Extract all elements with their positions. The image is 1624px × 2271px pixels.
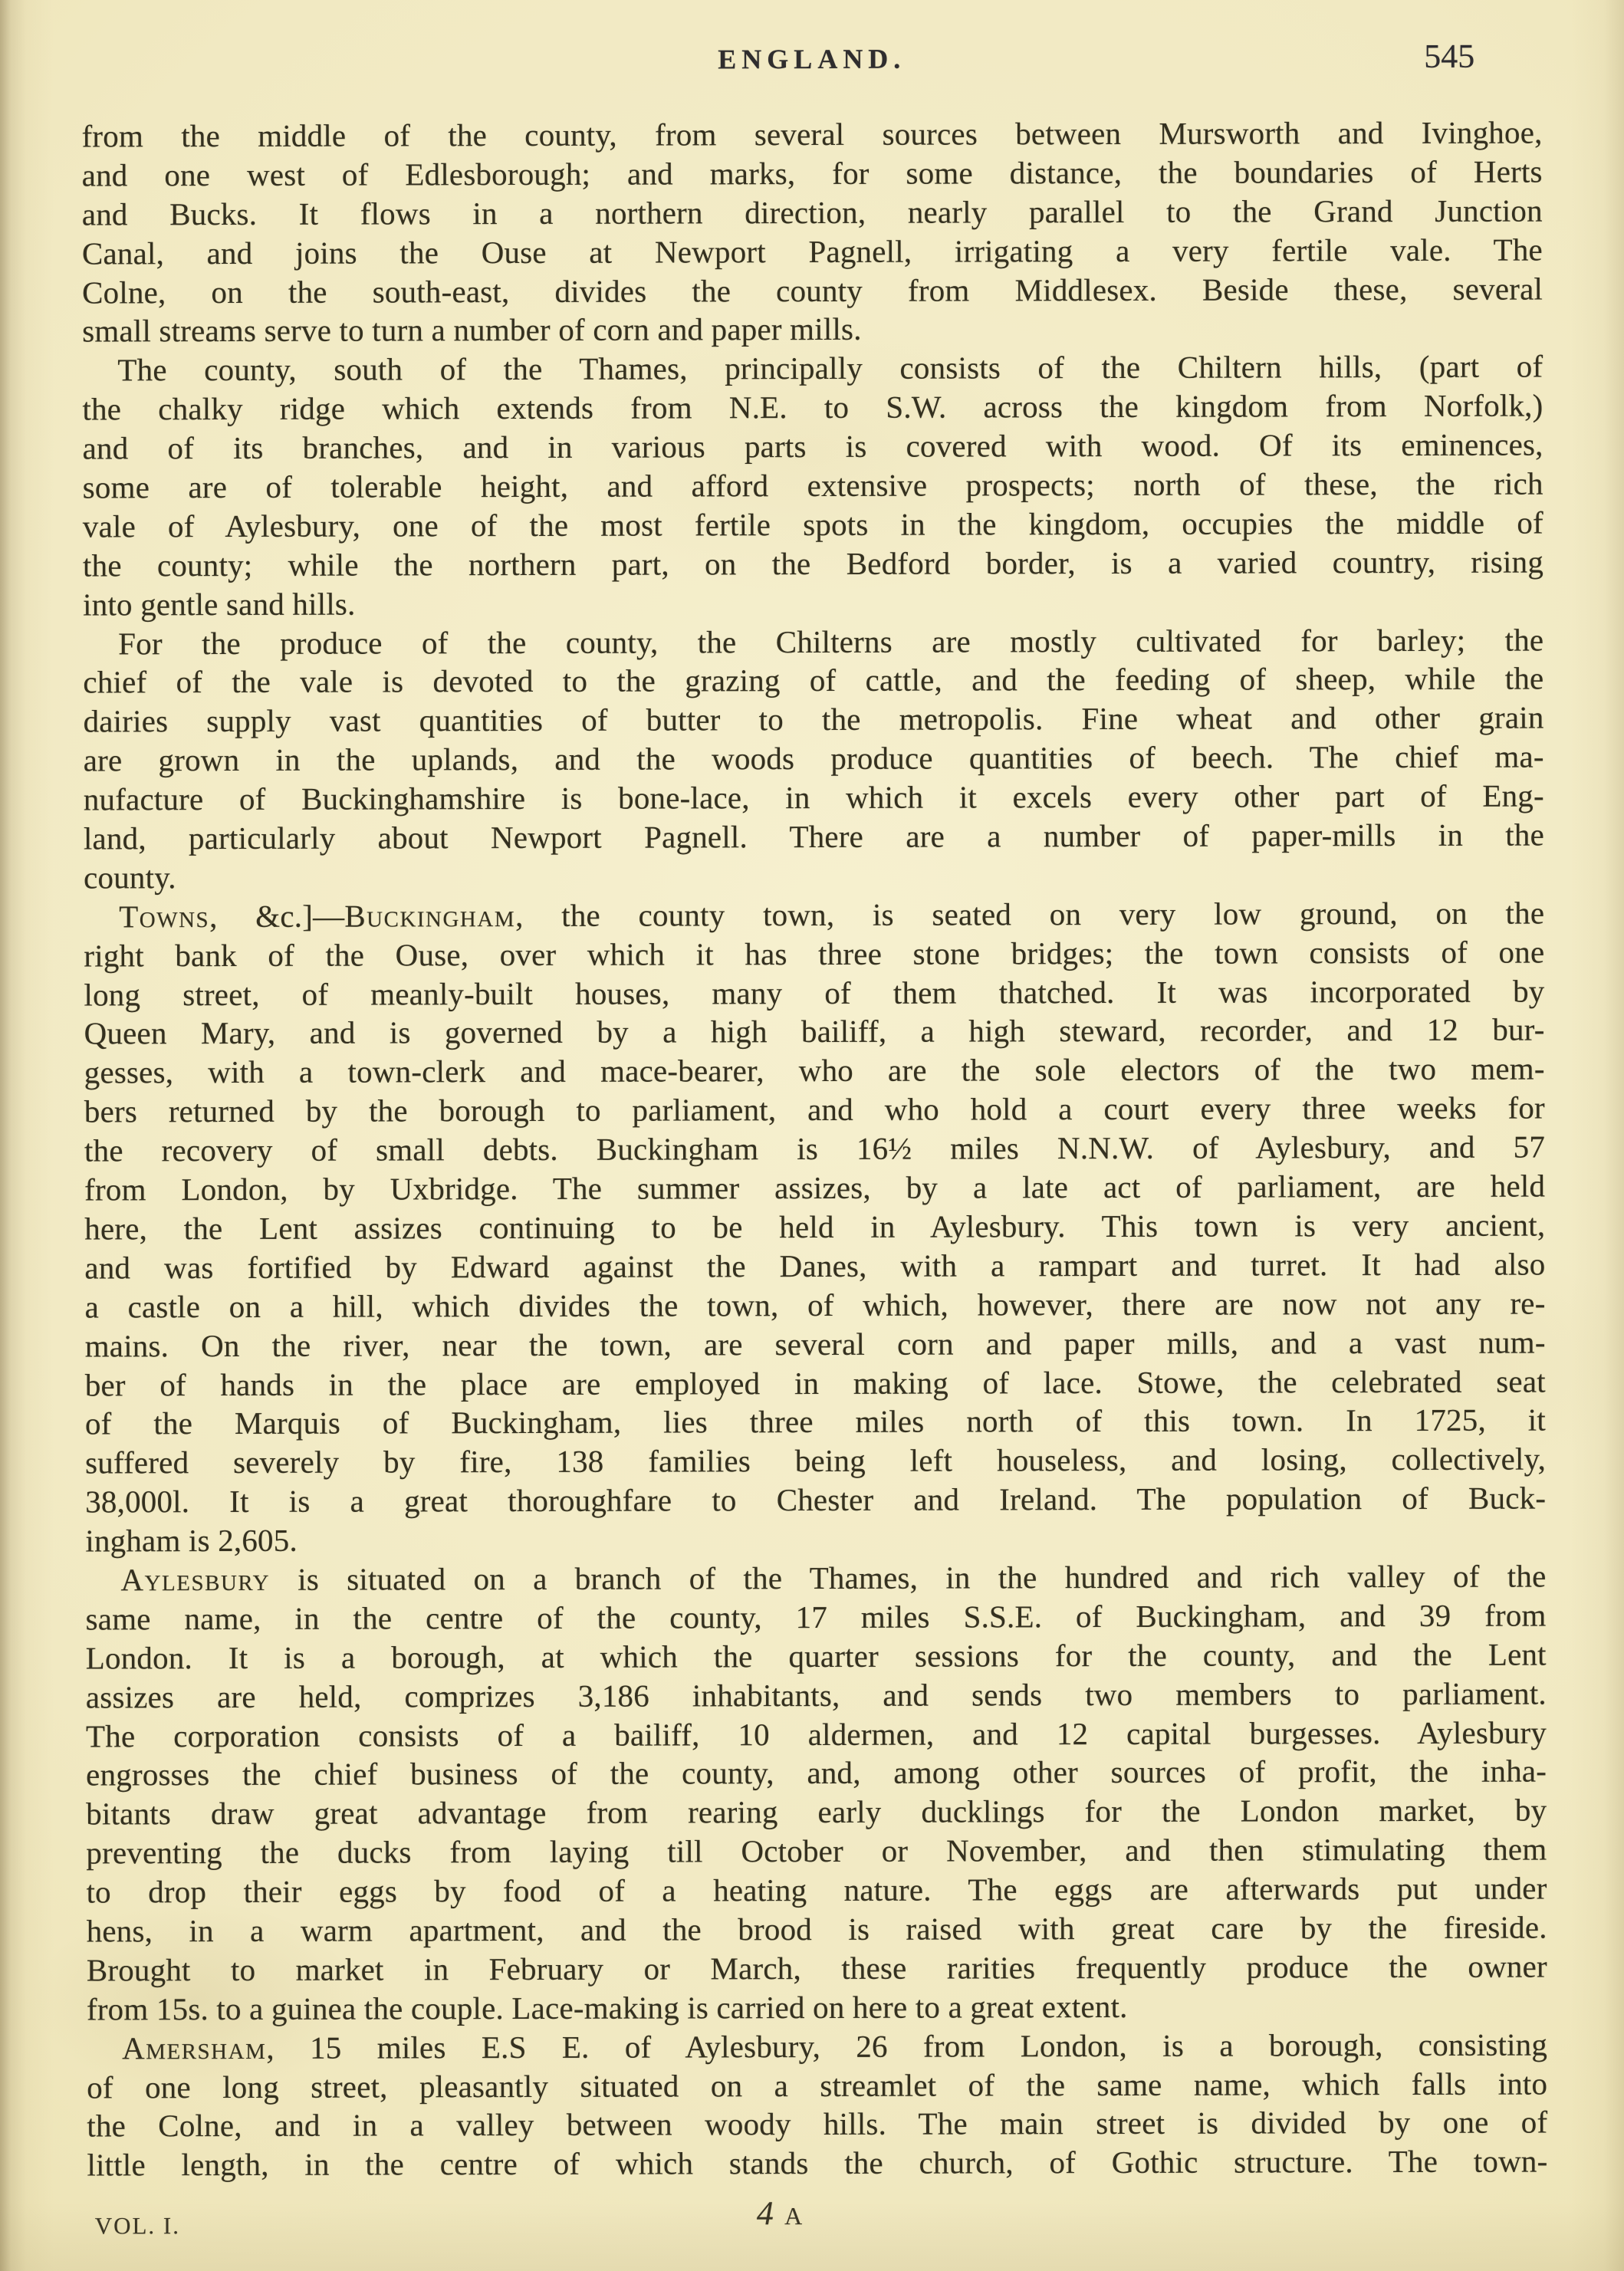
text-segment: nufacture of Buckinghamshire is bone-lac… <box>84 778 1544 817</box>
text-segment: some are of tolerable height, and afford… <box>83 466 1543 505</box>
text-line: of the Marquis of Buckingham, lies three… <box>85 1401 1546 1444</box>
text-line: bitants draw great advantage from rearin… <box>86 1791 1547 1834</box>
text-line: and of its branches, and in various part… <box>83 426 1543 468</box>
text-line: assizes are held, comprizes 3,186 inhabi… <box>86 1674 1547 1717</box>
text-line: some are of tolerable height, and afford… <box>83 465 1543 508</box>
text-line: Towns, &c.]—Buckingham, the county town,… <box>84 893 1544 936</box>
text-line: Amersham, 15 miles E.S E. of Aylesbury, … <box>87 2025 1547 2068</box>
text-line: are grown in the uplands, and the woods … <box>84 738 1544 781</box>
text-segment: chief of the vale is devoted to the graz… <box>83 661 1543 700</box>
text-segment: the county; while the northern part, on … <box>83 544 1543 583</box>
text-line: dairies supply vast quantities of butter… <box>83 698 1543 741</box>
text-segment: bers returned by the borough to parliame… <box>84 1090 1545 1129</box>
text-segment: and of its branches, and in various part… <box>83 427 1543 466</box>
text-line: The county, south of the Thames, princip… <box>82 347 1543 390</box>
page-footer: VOL. I. 4 A <box>87 2192 1548 2265</box>
text-line: Aylesbury is situated on a branch of the… <box>85 1556 1546 1599</box>
text-segment: hens, in a warm apartment, and the brood… <box>87 1909 1547 1948</box>
text-segment: bitants draw great advantage from rearin… <box>86 1793 1547 1832</box>
text-line: engrosses the chief business of the coun… <box>86 1752 1547 1795</box>
text-segment: Brought to market in February or March, … <box>87 1948 1547 1987</box>
smallcaps-name: Buckingham <box>344 898 515 934</box>
volume-label: VOL. I. <box>95 2212 180 2240</box>
text-segment: The corporation consists of a bailiff, 1… <box>86 1714 1547 1753</box>
text-segment: 38,000l. It is a great thoroughfare to C… <box>85 1481 1546 1520</box>
text-segment: here, the Lent assizes continuing to be … <box>84 1207 1545 1246</box>
paragraph-towns-buckingham: Towns, &c.]—Buckingham, the county town,… <box>84 893 1546 1560</box>
text-line: mains. On the river, near the town, are … <box>85 1323 1546 1366</box>
text-segment: gesses, with a town-clerk and mace-beare… <box>84 1051 1545 1090</box>
text-line: from London, by Uxbridge. The summer ass… <box>84 1167 1545 1210</box>
text-segment: small streams serve to turn a number of … <box>82 311 862 349</box>
smallcaps-name: Towns <box>119 899 209 934</box>
text-segment: long street, of meanly-built houses, man… <box>84 973 1544 1012</box>
text-line: the Colne, and in a valley between woody… <box>87 2103 1547 2146</box>
text-line: same name, in the centre of the county, … <box>86 1596 1547 1638</box>
text-segment: from 15s. to a guinea the couple. Lace-m… <box>87 1989 1128 2027</box>
text-segment: and one west of Edlesborough; and marks,… <box>82 153 1543 192</box>
text-segment: Queen Mary, and is governed by a high ba… <box>84 1012 1545 1051</box>
text-segment: a castle on a hill, which divides the to… <box>84 1285 1545 1324</box>
text-segment: to drop their eggs by food of a heating … <box>86 1871 1547 1910</box>
text-segment: mains. On the river, near the town, are … <box>85 1324 1546 1363</box>
text-line: Canal, and joins the Ouse at Newport Pag… <box>82 230 1543 273</box>
text-line: into gentle sand hills. <box>83 581 1543 624</box>
text-line: chief of the vale is devoted to the graz… <box>83 659 1543 702</box>
text-line: the county; while the northern part, on … <box>83 542 1543 585</box>
text-line: and Bucks. It flows in a northern direct… <box>82 191 1543 234</box>
text-line: ingham is 2,605. <box>85 1518 1546 1561</box>
text-line: nufacture of Buckinghamshire is bone-lac… <box>84 777 1544 820</box>
paragraph-produce: For the produce of the county, the Chilt… <box>83 620 1544 897</box>
text-line: and was fortified by Edward against the … <box>84 1244 1545 1287</box>
text-line: The corporation consists of a bailiff, 1… <box>86 1713 1547 1756</box>
text-segment: same name, in the centre of the county, … <box>86 1597 1547 1636</box>
text-segment: and was fortified by Edward against the … <box>84 1246 1545 1285</box>
text-segment: ingham is 2,605. <box>85 1523 298 1559</box>
signature-letter: A <box>784 2202 805 2230</box>
text-line: land, particularly about Newport Pagnell… <box>84 816 1544 859</box>
text-segment: , 15 miles E.S E. of Aylesbury, 26 from … <box>266 2026 1547 2065</box>
smallcaps-name: Amersham <box>122 2030 266 2066</box>
text-segment: and Bucks. It flows in a northern direct… <box>82 192 1543 232</box>
text-line: from 15s. to a guinea the couple. Lace-m… <box>87 1986 1547 2029</box>
text-line: 38,000l. It is a great thoroughfare to C… <box>85 1479 1546 1522</box>
signature-number: 4 <box>757 2194 777 2232</box>
text-line: preventing the ducks from laying till Oc… <box>86 1830 1547 1873</box>
text-line: Queen Mary, and is governed by a high ba… <box>84 1011 1545 1053</box>
text-segment: the chalky ridge which extends from N.E.… <box>82 388 1543 427</box>
text-line: the chalky ridge which extends from N.E.… <box>82 386 1543 429</box>
text-line: long street, of meanly-built houses, man… <box>84 971 1544 1014</box>
paragraph-chiltern-hills: The county, south of the Thames, princip… <box>82 347 1543 624</box>
text-segment: of one long street, pleasantly situated … <box>87 2066 1547 2105</box>
text-line: here, the Lent assizes continuing to be … <box>84 1205 1545 1248</box>
text-segment: from London, by Uxbridge. The summer ass… <box>84 1168 1545 1208</box>
text-line: Brought to market in February or March, … <box>87 1947 1547 1990</box>
text-segment: dairies supply vast quantities of butter… <box>83 700 1543 739</box>
book-page: ENGLAND. 545 from the middle of the coun… <box>81 35 1548 2265</box>
text-segment: Colne, on the south-east, divides the co… <box>82 271 1543 310</box>
text-segment: suffered severely by fire, 138 families … <box>85 1441 1546 1481</box>
text-line: a castle on a hill, which divides the to… <box>84 1283 1545 1326</box>
text-line: bers returned by the borough to parliame… <box>84 1089 1545 1132</box>
text-line: of one long street, pleasantly situated … <box>87 2064 1547 2107</box>
text-segment: , the county town, is seated on very low… <box>515 895 1544 933</box>
text-line: London. It is a borough, at which the qu… <box>86 1635 1547 1678</box>
text-segment: little length, in the centre of which st… <box>87 2144 1547 2183</box>
text-line: For the produce of the county, the Chilt… <box>83 620 1543 663</box>
text-segment: land, particularly about Newport Pagnell… <box>84 817 1544 856</box>
text-segment: The county, south of the Thames, princip… <box>117 349 1543 388</box>
text-segment: are grown in the uplands, and the woods … <box>84 739 1544 778</box>
text-segment: Canal, and joins the Ouse at Newport Pag… <box>82 232 1543 271</box>
text-segment: engrosses the chief business of the coun… <box>86 1753 1547 1793</box>
text-line: from the middle of the county, from seve… <box>81 113 1542 156</box>
text-segment: For the produce of the county, the Chilt… <box>118 622 1543 661</box>
running-title: ENGLAND. <box>718 43 906 76</box>
text-line: county. <box>84 854 1544 897</box>
text-segment: right bank of the Ouse, over which it ha… <box>84 934 1544 973</box>
text-line: hens, in a warm apartment, and the brood… <box>87 1908 1547 1951</box>
paragraph-rivers-continued: from the middle of the county, from seve… <box>81 113 1543 351</box>
text-segment: into gentle sand hills. <box>83 586 355 622</box>
text-segment: assizes are held, comprizes 3,186 inhabi… <box>86 1675 1547 1714</box>
text-line: ber of hands in the place are employed i… <box>85 1362 1546 1405</box>
page-text: from the middle of the county, from seve… <box>81 113 1547 2185</box>
page-header: ENGLAND. 545 <box>81 35 1542 82</box>
text-line: the recovery of small debts. Buckingham … <box>84 1128 1545 1171</box>
signature-mark: 4 A <box>757 2194 805 2233</box>
text-segment: vale of Aylesbury, one of the most ferti… <box>83 504 1543 544</box>
text-segment: from the middle of the county, from seve… <box>81 115 1542 154</box>
text-line: little length, in the centre of which st… <box>87 2142 1547 2185</box>
text-segment: , &c.]— <box>209 898 344 933</box>
text-segment: the recovery of small debts. Buckingham … <box>84 1129 1545 1168</box>
text-segment: of the Marquis of Buckingham, lies three… <box>85 1402 1546 1441</box>
text-segment: county. <box>84 859 176 895</box>
text-line: small streams serve to turn a number of … <box>82 308 1543 351</box>
text-line: suffered severely by fire, 138 families … <box>85 1440 1546 1483</box>
text-line: Colne, on the south-east, divides the co… <box>82 269 1543 312</box>
paragraph-aylesbury: Aylesbury is situated on a branch of the… <box>85 1556 1547 2029</box>
page-number: 545 <box>1424 37 1474 76</box>
text-line: and one west of Edlesborough; and marks,… <box>82 152 1543 195</box>
text-line: gesses, with a town-clerk and mace-beare… <box>84 1050 1545 1093</box>
text-line: right bank of the Ouse, over which it ha… <box>84 932 1544 975</box>
text-segment: London. It is a borough, at which the qu… <box>86 1636 1547 1675</box>
text-segment: is situated on a branch of the Thames, i… <box>270 1558 1547 1596</box>
text-line: to drop their eggs by food of a heating … <box>86 1869 1547 1912</box>
paragraph-amersham: Amersham, 15 miles E.S E. of Aylesbury, … <box>87 2025 1548 2185</box>
text-line: vale of Aylesbury, one of the most ferti… <box>83 503 1543 546</box>
text-segment: ber of hands in the place are employed i… <box>85 1363 1546 1402</box>
text-segment: preventing the ducks from laying till Oc… <box>86 1832 1547 1871</box>
text-segment: the Colne, and in a valley between woody… <box>87 2105 1547 2144</box>
smallcaps-name: Aylesbury <box>120 1562 270 1598</box>
